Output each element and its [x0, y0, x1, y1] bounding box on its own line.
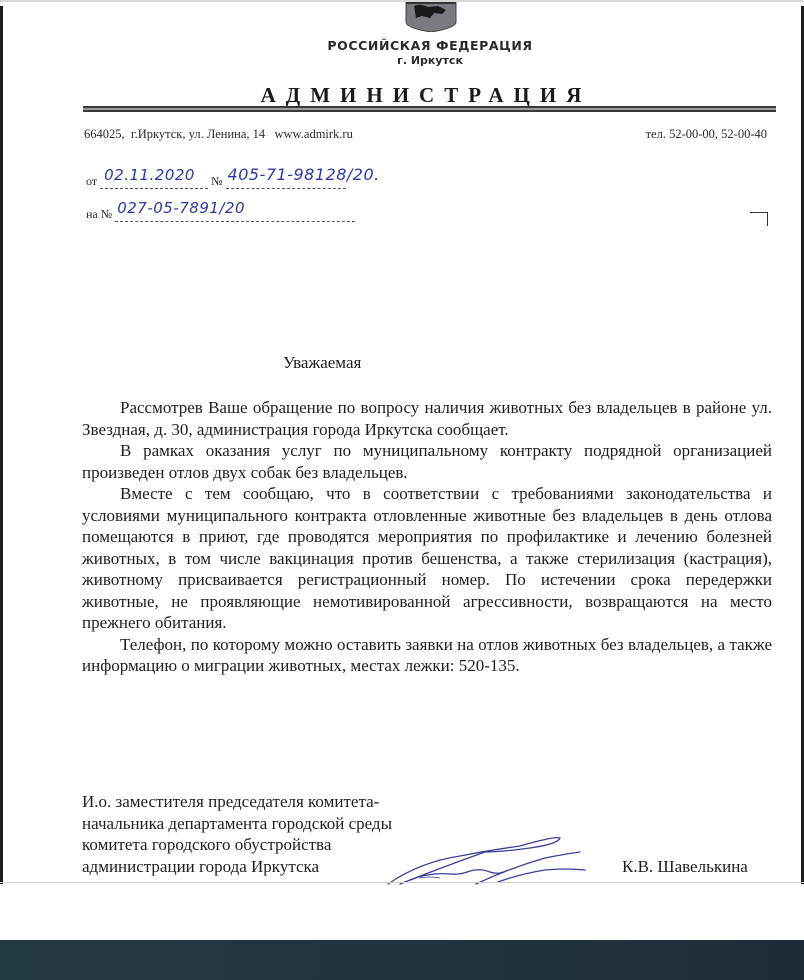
- address-line: 664025, г.Иркутск, ул. Ленина, 14 www.ad…: [84, 127, 353, 142]
- city-heading: г. Иркутск: [0, 54, 804, 67]
- signer-position-line: начальника департамента городской среды: [82, 813, 392, 835]
- letter-page: РОССИЙСКАЯ ФЕДЕРАЦИЯ г. Иркутск АДМИНИСТ…: [0, 0, 804, 882]
- coat-of-arms-icon: [404, 2, 458, 32]
- number-field: 405-71-98128/20.: [226, 175, 354, 189]
- incoming-registration: на № 027-05-7891/20: [86, 207, 355, 222]
- letter-body: Рассмотрев Ваше обращение по вопросу нал…: [82, 397, 772, 677]
- outgoing-registration: от 02.11.2020 № 405-71-98128/20.: [86, 174, 354, 189]
- reply-number-field: 027-05-7891/20: [115, 207, 355, 222]
- signer-name: К.В. Шавелькина: [622, 857, 748, 877]
- salutation: Уважаемая: [283, 353, 361, 373]
- body-paragraph: Вместе с тем сообщаю, что в соответствии…: [82, 483, 772, 634]
- body-paragraph: В рамках оказания услуг по муниципальном…: [82, 440, 772, 483]
- signer-position-line: И.о. заместителя председателя комитета-: [82, 791, 392, 813]
- reply-label: на №: [86, 207, 112, 221]
- page-left-edge: [0, 6, 3, 884]
- number-label: №: [211, 174, 222, 188]
- signer-position-line: администрации города Иркутска: [82, 856, 392, 878]
- body-paragraph: Телефон, по которому можно оставить заяв…: [82, 634, 772, 677]
- signer-position-line: комитета городского обустройства: [82, 834, 392, 856]
- body-paragraph: Рассмотрев Ваше обращение по вопросу нал…: [82, 397, 772, 440]
- phone-line: тел. 52-00-00, 52-00-40: [646, 127, 767, 142]
- viewer-footer-bar: [0, 940, 804, 980]
- from-label: от: [86, 174, 97, 188]
- address-block-corner-mark: [750, 212, 768, 226]
- handwritten-date: 02.11.2020: [104, 166, 195, 184]
- handwritten-signature: [380, 828, 610, 886]
- administration-title: АДМИНИСТРАЦИЯ: [0, 83, 804, 108]
- date-field: 02.11.2020: [100, 174, 208, 189]
- country-heading: РОССИЙСКАЯ ФЕДЕРАЦИЯ: [0, 38, 804, 53]
- header-divider: [83, 106, 776, 112]
- signer-position: И.о. заместителя председателя комитета- …: [82, 791, 392, 877]
- page-bottom-edge: [0, 882, 804, 883]
- handwritten-reply-number: 027-05-7891/20: [117, 199, 245, 217]
